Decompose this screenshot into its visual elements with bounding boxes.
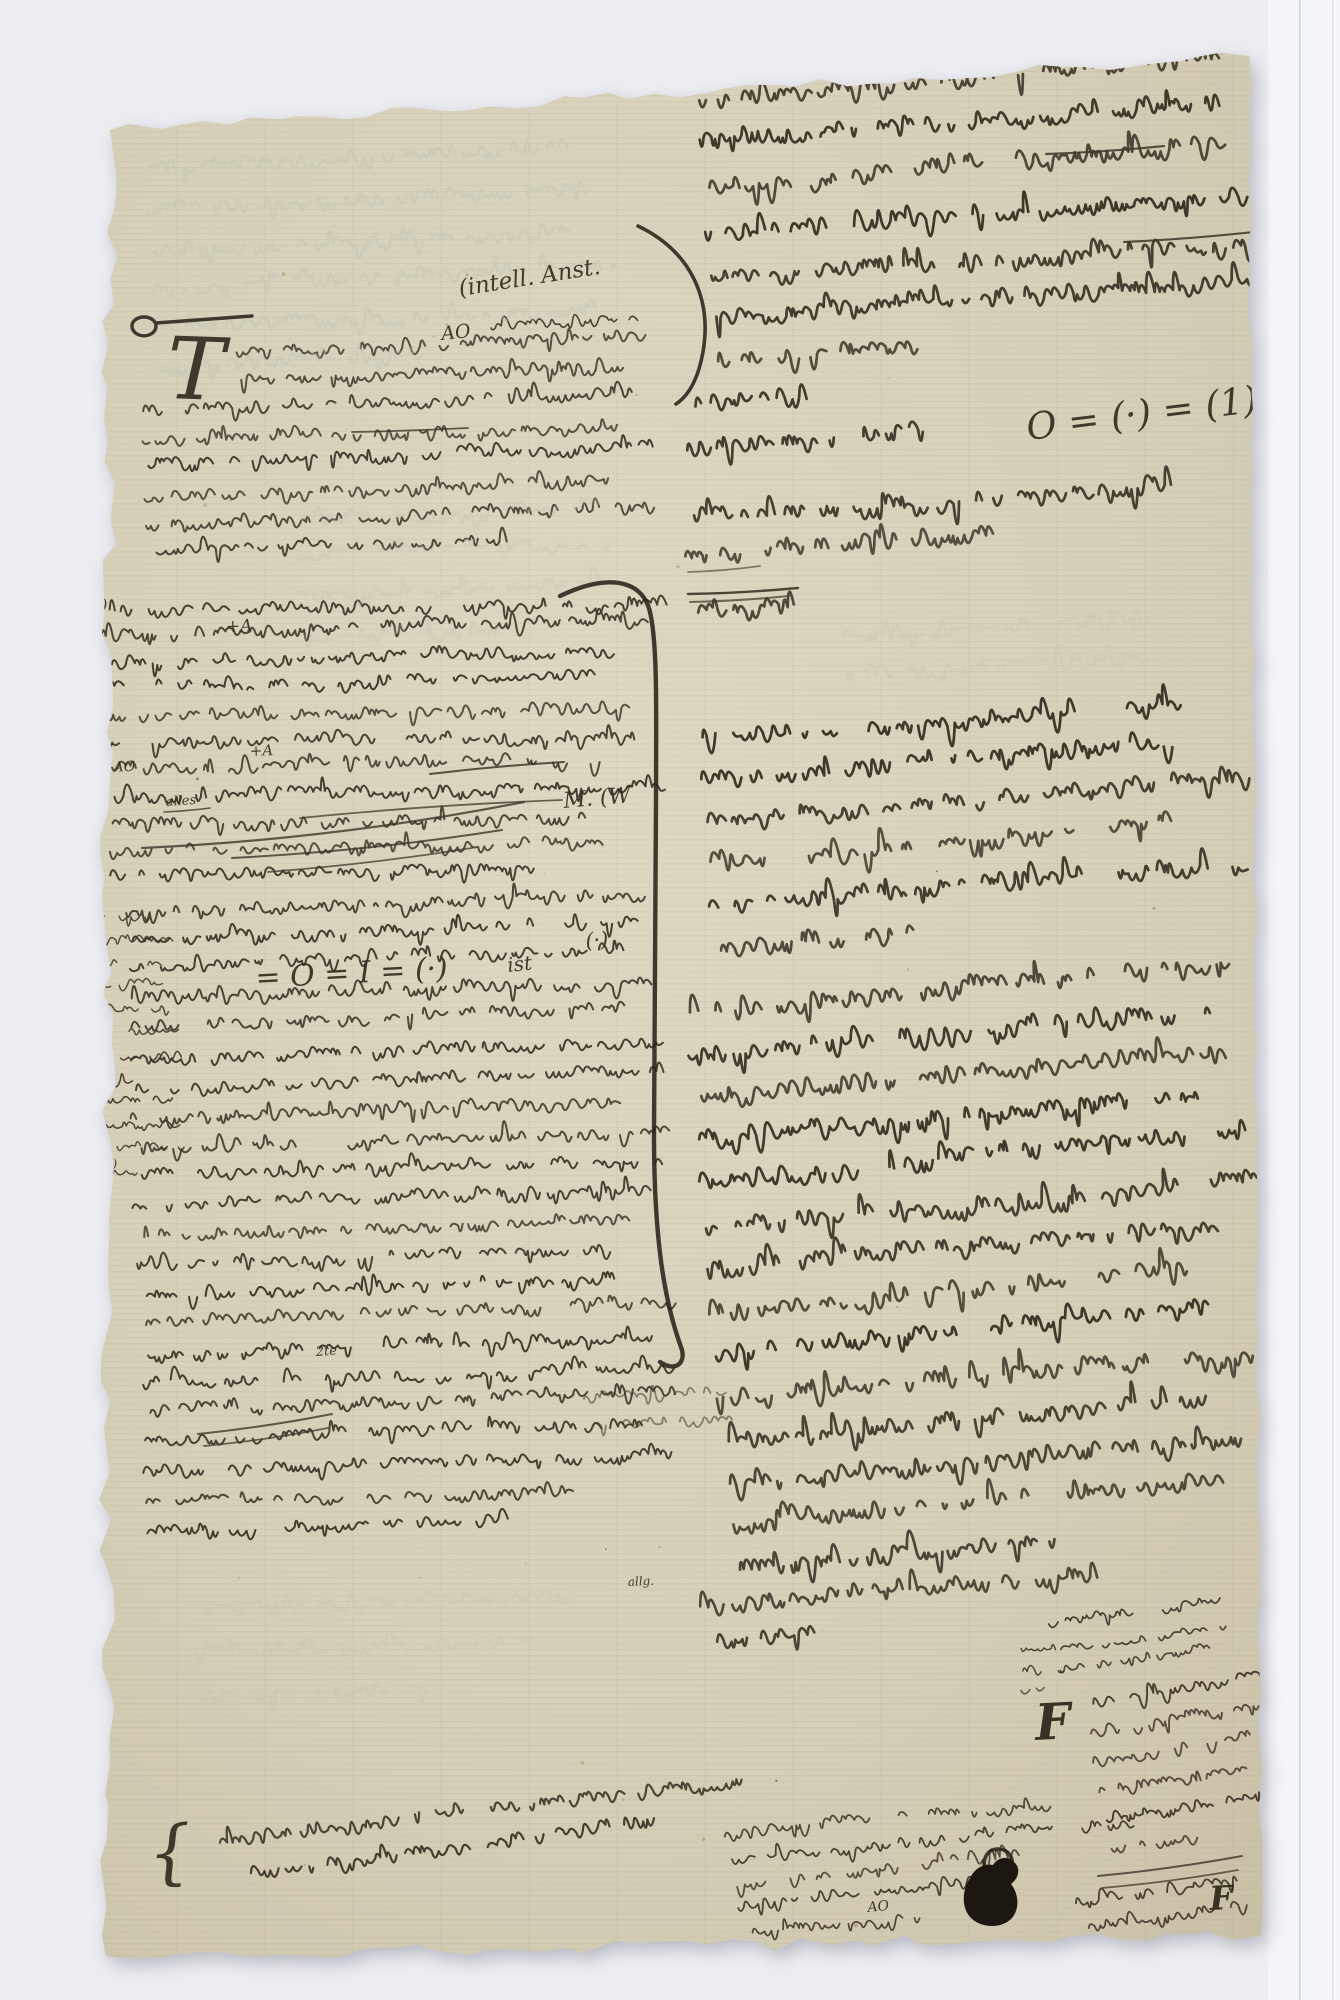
background-crease-line <box>1299 0 1301 2000</box>
token-plus-A-2: +A <box>250 741 274 760</box>
manuscript-rendering: O = (·) = (1)= O = I = (·)ist(intell. An… <box>0 0 1340 2000</box>
manuscript-scan: O = (·) = (1)= O = I = (·)ist(intell. An… <box>0 0 1340 2000</box>
paper-speck <box>304 1864 306 1866</box>
paper-speck <box>605 1548 607 1550</box>
paper-speck <box>544 873 545 874</box>
paper-speck <box>196 778 199 781</box>
paper-speck <box>775 1780 777 1782</box>
paper-speck <box>1152 907 1155 910</box>
paper-speck <box>822 1629 823 1630</box>
paper-speck <box>702 1838 705 1841</box>
paper-speck <box>782 1864 784 1866</box>
paper-speck <box>896 1305 899 1308</box>
paper-speck <box>238 1577 240 1579</box>
insertion-mark-F-large: F <box>1032 1691 1076 1752</box>
paper-speck <box>204 503 207 506</box>
paper-speck <box>525 1562 527 1564</box>
paper-speck <box>1001 1805 1003 1807</box>
paper-speck <box>854 1923 858 1927</box>
paper-speck <box>622 1798 625 1801</box>
token-AO: AO <box>438 320 472 345</box>
paper-speck <box>805 214 807 216</box>
paper-speck <box>282 272 286 276</box>
initial-letter-T: T <box>165 319 231 421</box>
manuscript-page: O = (·) = (1)= O = I = (·)ist(intell. An… <box>0 0 1340 2000</box>
paper-speck <box>635 394 637 396</box>
token-dot-paren: (·) <box>584 927 609 953</box>
token-AO-bottom: AO <box>865 1898 891 1916</box>
word-allg: allg. <box>627 1574 654 1589</box>
formula-left-suffix: ist <box>506 950 534 977</box>
paper-speck <box>936 870 938 872</box>
paper-speck <box>297 1269 299 1271</box>
insertion-mark-F-small: F <box>1207 1878 1236 1918</box>
scan-background-strip <box>1268 0 1340 2000</box>
paper-speck <box>907 968 909 970</box>
token-2te: 2te <box>314 1344 337 1361</box>
paper-speck <box>577 1256 579 1258</box>
paper-speck <box>419 1577 421 1579</box>
word-alles: alles <box>165 793 197 810</box>
insertion-brace: { <box>144 1809 196 1895</box>
paper-speck <box>433 335 435 337</box>
background-crease-line <box>1332 0 1334 2000</box>
paper-speck <box>581 1761 584 1764</box>
paper-speck <box>658 1546 660 1548</box>
paper-speck <box>888 377 890 379</box>
paper-speck <box>676 565 679 568</box>
token-plus-A-1: +A <box>225 616 252 637</box>
